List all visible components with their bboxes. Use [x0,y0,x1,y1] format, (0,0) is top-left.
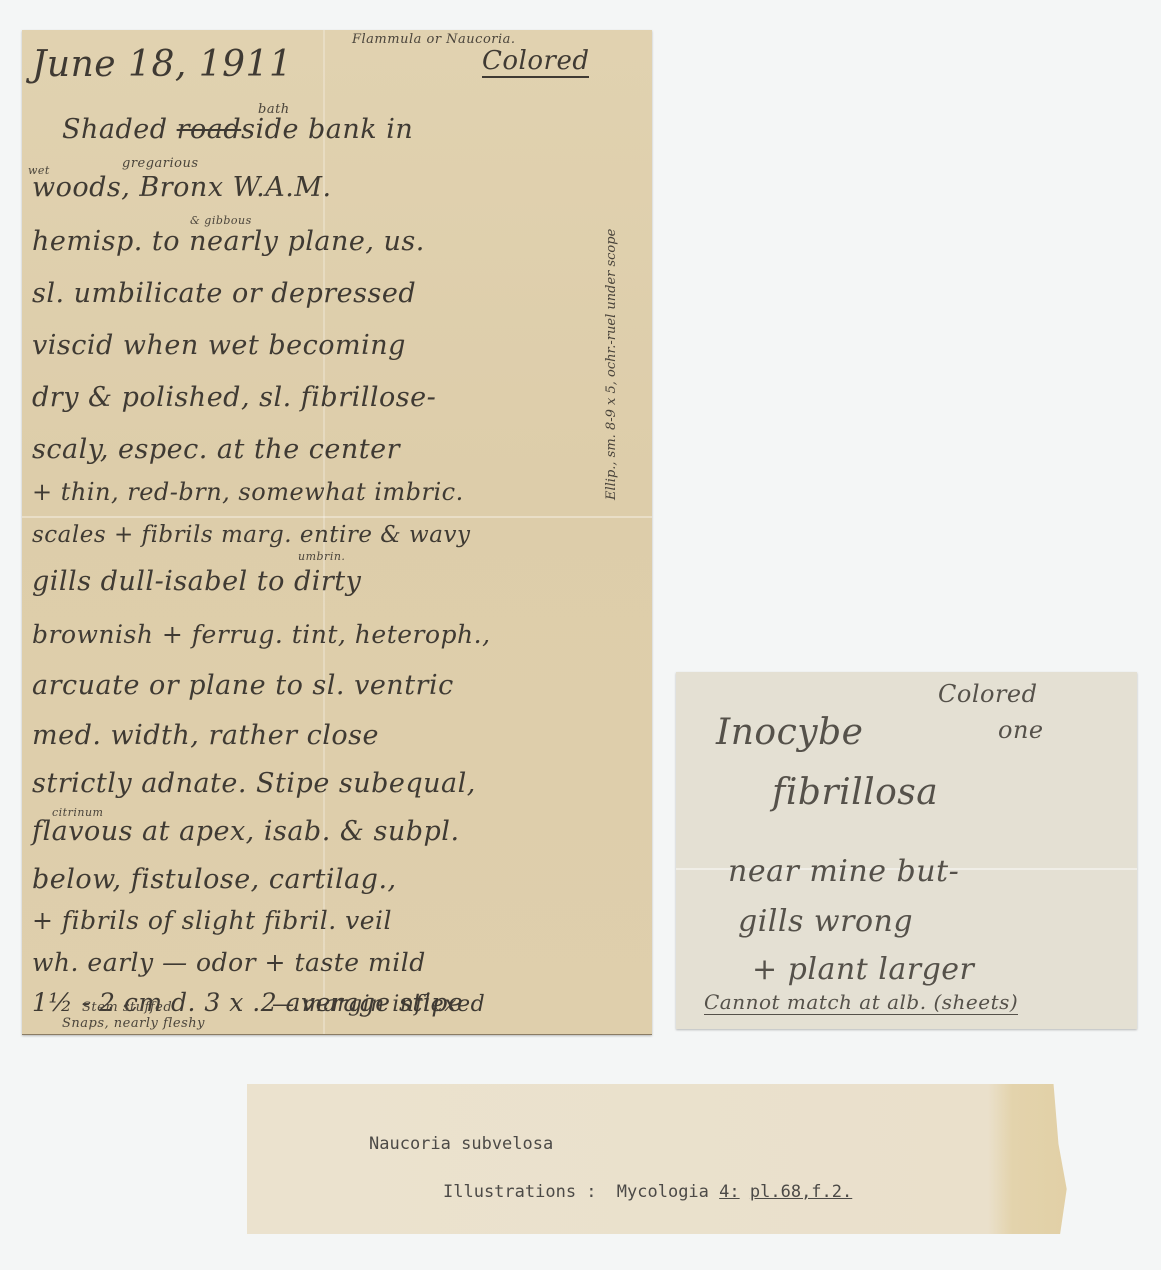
note-line-9: scales + fibrils marg. entire & wavy [32,522,470,548]
slip-species-name: Naucoria subvelosa [369,1134,553,1154]
slip-plate: pl.68,f.2. [750,1182,852,1202]
note-line-2: woods, Bronx W.A.M. [32,172,332,203]
slip-illustrations-line: Illustrations : Mycologia 4: pl.68,f.2. [443,1182,852,1202]
note-line-13: med. width, rather close [32,720,379,751]
note-line-3: hemisp. to nearly plane, us. [32,226,425,257]
slip-illustrations-label: Illustrations : [443,1182,597,1202]
insertion-stem-stuffed: Stem stuffed [82,1000,172,1015]
paper-fold-horizontal [22,516,652,518]
note-line-10: gills dull-isabel to dirty [32,566,361,597]
card-line-gills-wrong: gills wrong [738,904,913,939]
card-one-label: one [998,716,1044,744]
card-line-near-mine: near mine but- [728,854,959,889]
note-line-18: wh. early — odor + taste mild [32,948,426,977]
note-line-11: brownish + ferrug. tint, heteroph., [32,620,491,649]
note-line-6: dry & polished, sl. fibrillose- [32,382,436,413]
note-line-17: + fibrils of slight fibril. veil [32,906,392,935]
note-date: June 18, 1911 [32,44,292,85]
card-colored-label: Colored [938,680,1037,708]
note-line-8: + thin, red-brn, somewhat imbric. [32,478,464,506]
note-line-4: sl. umbilicate or depressed [32,278,416,309]
note-line-15: flavous at apex, isab. & subpl. [32,816,460,847]
slip-volume: 4: [719,1182,739,1202]
note-line-14: strictly adnate. Stipe subequal, [32,768,476,799]
note-line-20: — margin inflexed [272,992,485,1017]
note-line-16: below, fistulose, cartilag., [32,864,397,895]
note-line-12: arcuate or plane to sl. ventric [32,670,454,701]
colored-label: Colored [482,46,589,76]
insertion-gregarious: gregarious [122,156,199,171]
typed-reference-slip: Naucoria subvelosa Illustrations : Mycol… [247,1084,1070,1234]
note-line-5: viscid when wet becoming [32,330,406,361]
genus-annotation: Flammula or Naucoria. [352,32,516,47]
card-line-plant-larger: + plant larger [752,952,974,987]
note-line-7: scaly, espec. at the center [32,434,400,465]
margin-spore-note: Ellip., sm. 8-9 x 5, ochr.-ruel under sc… [604,30,619,500]
note-line-1: Shaded roadside bank in [62,114,413,145]
field-note-sheet: Flammula or Naucoria. Colored June 18, 1… [22,30,652,1035]
identification-card: Colored one Inocybe fibrillosa near mine… [676,672,1137,1029]
card-footer-note: Cannot match at alb. (sheets) [704,990,1018,1015]
card-genus: Inocybe [716,712,863,753]
slip-journal: Mycologia [617,1182,709,1202]
insertion-snaps-fleshy: Snaps, nearly fleshy [62,1016,205,1031]
insertion-umbrin: umbrin. [298,550,345,563]
card-species: fibrillosa [772,772,938,813]
